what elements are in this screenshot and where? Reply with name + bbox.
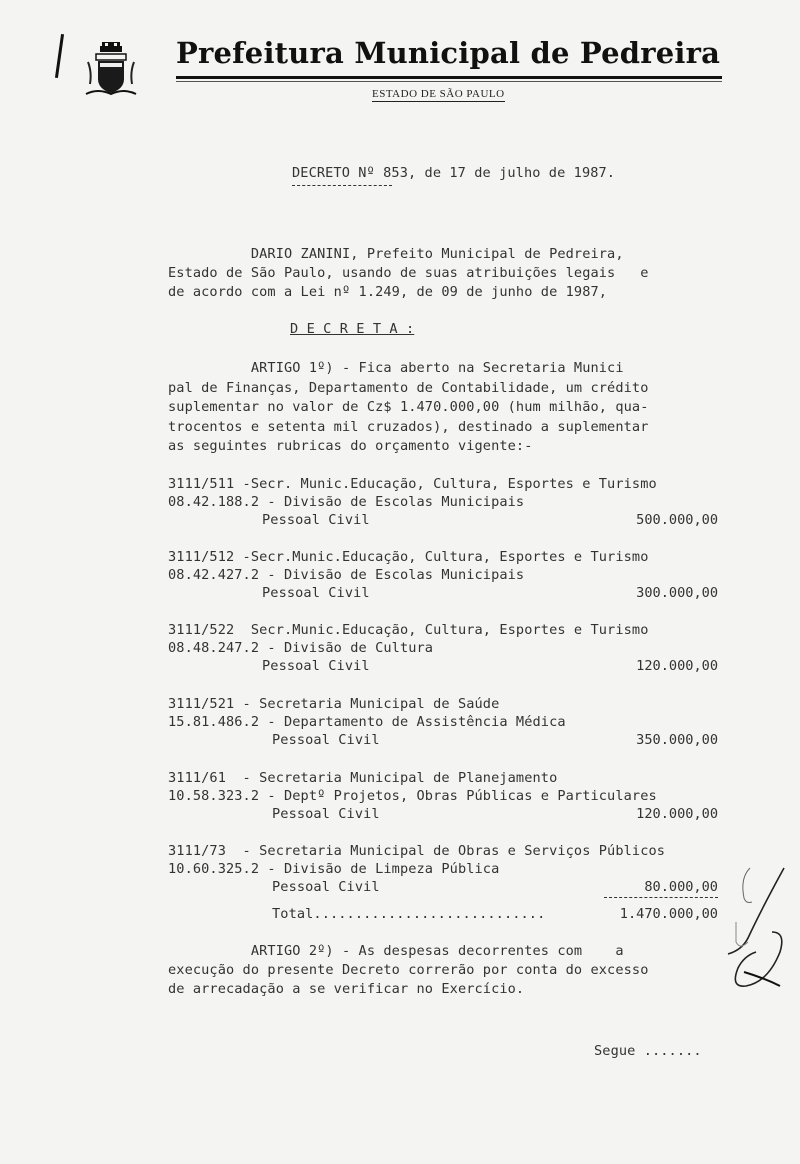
artigo2-line: execução do presente Decreto correrão po… [168, 962, 648, 978]
rubrica-amount: 120.000,00 [558, 658, 718, 674]
rubrica-item: Pessoal Civil [262, 658, 370, 674]
rubrica-item: Pessoal Civil [272, 879, 380, 895]
total-amount: 1.470.000,00 [558, 906, 718, 922]
continues-note: Segue ....... [594, 1043, 702, 1059]
artigo1-line: ARTIGO 1º) - Fica aberto na Secretaria M… [168, 360, 624, 376]
rubrica-account: 3111/521 - Secretaria Municipal de Saúde [168, 696, 499, 712]
letterhead-rule [176, 76, 722, 79]
letterhead-rule-thin [176, 81, 722, 82]
rubrica-account: 3111/73 - Secretaria Municipal de Obras … [168, 843, 665, 859]
total-label: Total............................ [272, 906, 545, 922]
letterhead-subtitle: ESTADO DE SÃO PAULO [372, 88, 505, 102]
rubrica-item: Pessoal Civil [262, 585, 370, 601]
artigo2-line: de arrecadação a se verificar no Exercíc… [168, 981, 524, 997]
rubrica-account: 3111/512 -Secr.Munic.Educação, Cultura, … [168, 549, 648, 565]
preamble-line: DARIO ZANINI, Prefeito Municipal de Pedr… [168, 246, 624, 262]
artigo1-line: suplementar no valor de Cz$ 1.470.000,00… [168, 399, 648, 415]
rubrica-program: 15.81.486.2 - Departamento de Assistênci… [168, 714, 566, 730]
rubrica-program: 08.42.188.2 - Divisão de Escolas Municip… [168, 494, 524, 510]
letterhead-title: Prefeitura Municipal de Pedreira [176, 36, 720, 70]
decree-title: DECRETO Nº 853, de 17 de julho de 1987. [292, 165, 615, 181]
rubrica-item: Pessoal Civil [272, 732, 380, 748]
rubrica-account: 3111/61 - Secretaria Municipal de Planej… [168, 770, 557, 786]
rubrica-amount: 500.000,00 [558, 512, 718, 528]
handwritten-signature-icon [722, 862, 792, 992]
rubrica-amount: 300.000,00 [558, 585, 718, 601]
artigo1-line: as seguintes rubricas do orçamento vigen… [168, 438, 533, 454]
rubrica-item: Pessoal Civil [272, 806, 380, 822]
municipal-coat-of-arms-icon [84, 40, 138, 100]
rubrica-amount: 80.000,00 [558, 879, 718, 895]
sum-rule [604, 897, 718, 898]
rubrica-program: 08.48.247.2 - Divisão de Cultura [168, 640, 433, 656]
decree-title-underline [292, 185, 392, 186]
rubrica-account: 3111/511 -Secr. Munic.Educação, Cultura,… [168, 476, 657, 492]
rubrica-amount: 120.000,00 [558, 806, 718, 822]
rubrica-item: Pessoal Civil [262, 512, 370, 528]
artigo1-line: pal de Finanças, Departamento de Contabi… [168, 380, 648, 396]
rubrica-account: 3111/522 Secr.Munic.Educação, Cultura, E… [168, 622, 648, 638]
artigo2-line: ARTIGO 2º) - As despesas decorrentes com… [168, 943, 624, 959]
rubrica-program: 08.42.427.2 - Divisão de Escolas Municip… [168, 567, 524, 583]
preamble-line: de acordo com a Lei nº 1.249, de 09 de j… [168, 284, 607, 300]
rubrica-program: 10.60.325.2 - Divisão de Limpeza Pública [168, 861, 499, 877]
preamble-line: Estado de São Paulo, usando de suas atri… [168, 265, 648, 281]
rubrica-program: 10.58.323.2 - Deptº Projetos, Obras Públ… [168, 788, 657, 804]
artigo1-line: trocentos e setenta mil cruzados), desti… [168, 419, 648, 435]
decreta-heading: D E C R E T A : [290, 321, 414, 337]
margin-mark [55, 34, 64, 78]
rubrica-amount: 350.000,00 [558, 732, 718, 748]
